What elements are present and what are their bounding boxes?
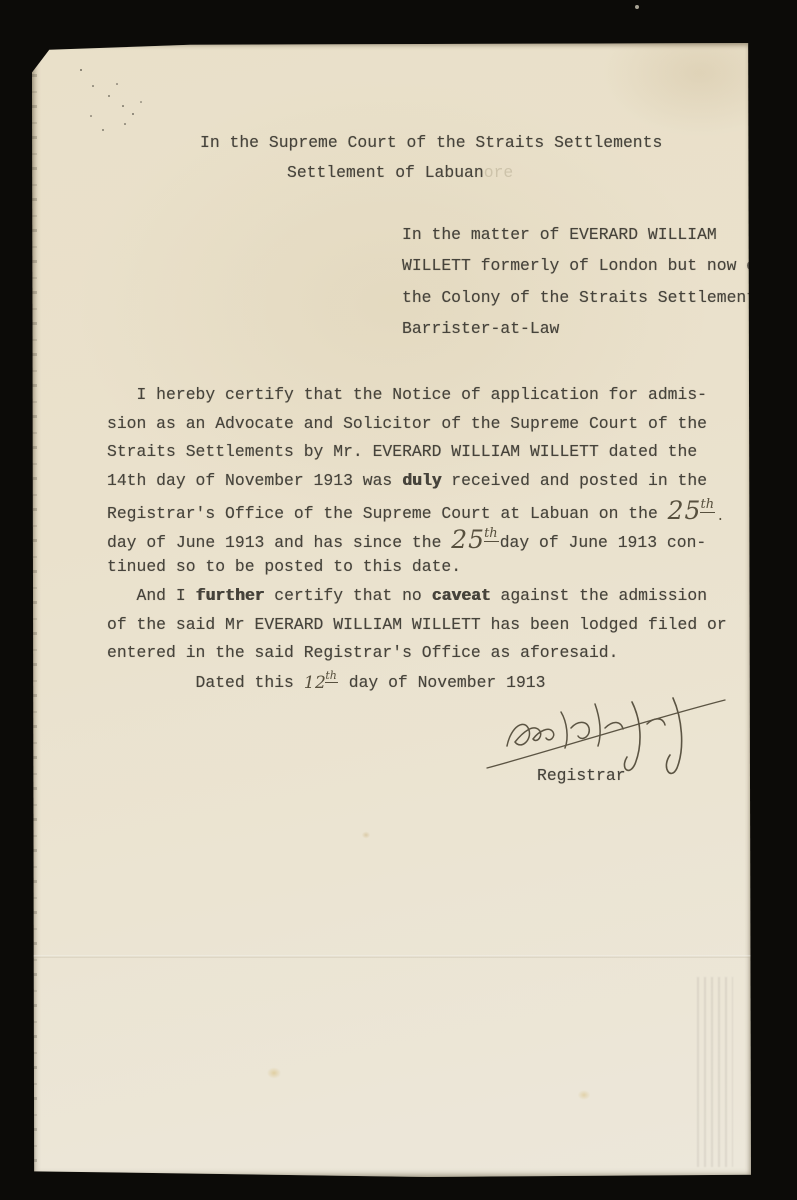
overstruck-word: duly: [402, 471, 441, 490]
matter-block-line-2: WILLETT formerly of London but now of: [402, 250, 766, 281]
ink-specks: [32, 43, 33, 44]
certificate-body-line-7: tinued so to be posted to this date.: [107, 553, 461, 582]
typed-text: day of June 1913 and has since the: [107, 533, 451, 552]
typed-text: against the admission: [491, 586, 707, 605]
typed-text: the Colony of the Straits Settlements: [402, 288, 766, 307]
certificate-body-line-1: I hereby certify that the Notice of appl…: [107, 381, 707, 410]
handwritten-date: 12th: [304, 673, 339, 692]
settlement-heading-line-1: Settlement of Labuanore: [287, 158, 513, 188]
typed-text: received and posted in the: [441, 471, 707, 490]
typed-text: In the Supreme Court of the Straits Sett…: [200, 133, 662, 152]
matter-block-line-3: the Colony of the Straits Settlements: [402, 282, 766, 313]
typed-text: Registrar's Office of the Supreme Court …: [107, 504, 668, 523]
certificate-body-line-9: of the said Mr EVERARD WILLIAM WILLETT h…: [107, 611, 727, 640]
typed-text: 14th day of November 1913 was: [107, 471, 402, 490]
document-paper: In the Supreme Court of the Straits Sett…: [32, 43, 751, 1177]
court-heading-line-1: In the Supreme Court of the Straits Sett…: [200, 128, 662, 158]
typed-text: tinued so to be posted to this date.: [107, 557, 461, 576]
certificate-body-line-4: 14th day of November 1913 was duly recei…: [107, 467, 707, 496]
dust-speck: [635, 5, 639, 9]
typed-text: day of June 1913 con-: [500, 533, 707, 552]
handwritten-date: 25th.: [668, 504, 725, 523]
typed-text: sion as an Advocate and Solicitor of the…: [107, 414, 707, 433]
typed-text: certify that no: [264, 586, 431, 605]
typed-text: Dated this: [107, 673, 304, 692]
matter-block-line-1: In the matter of EVERARD WILLIAM: [402, 219, 717, 250]
overstruck-word: further: [196, 586, 265, 605]
certificate-body-line-10: entered in the said Registrar's Office a…: [107, 639, 618, 668]
certificate-body-line-8: And I further certify that no caveat aga…: [107, 582, 707, 611]
typed-text: I hereby certify that the Notice of appl…: [107, 385, 707, 404]
paper-fold-crease: [32, 955, 751, 958]
typed-text: Settlement of Labuan: [287, 163, 484, 182]
typed-text: Straits Settlements by Mr. EVERARD WILLI…: [107, 442, 697, 461]
certificate-body-line-2: sion as an Advocate and Solicitor of the…: [107, 410, 707, 439]
matter-block-line-4: Barrister-at-Law: [402, 313, 559, 344]
typed-text: entered in the said Registrar's Office a…: [107, 643, 618, 662]
typed-text: And I: [107, 586, 196, 605]
scanned-document-photo: In the Supreme Court of the Straits Sett…: [0, 0, 797, 1200]
overstruck-word: caveat: [432, 586, 491, 605]
typed-text: WILLETT formerly of London but now of: [402, 256, 766, 275]
typed-text: In the matter of EVERARD WILLIAM: [402, 225, 717, 244]
registrar-signature: [477, 688, 735, 780]
certificate-body-line-3: Straits Settlements by Mr. EVERARD WILLI…: [107, 438, 697, 467]
typed-text: Barrister-at-Law: [402, 319, 559, 338]
handwritten-date: 25th: [451, 533, 499, 552]
erased-ghost-text: ore: [484, 163, 514, 182]
typed-text: of the said Mr EVERARD WILLIAM WILLETT h…: [107, 615, 727, 634]
